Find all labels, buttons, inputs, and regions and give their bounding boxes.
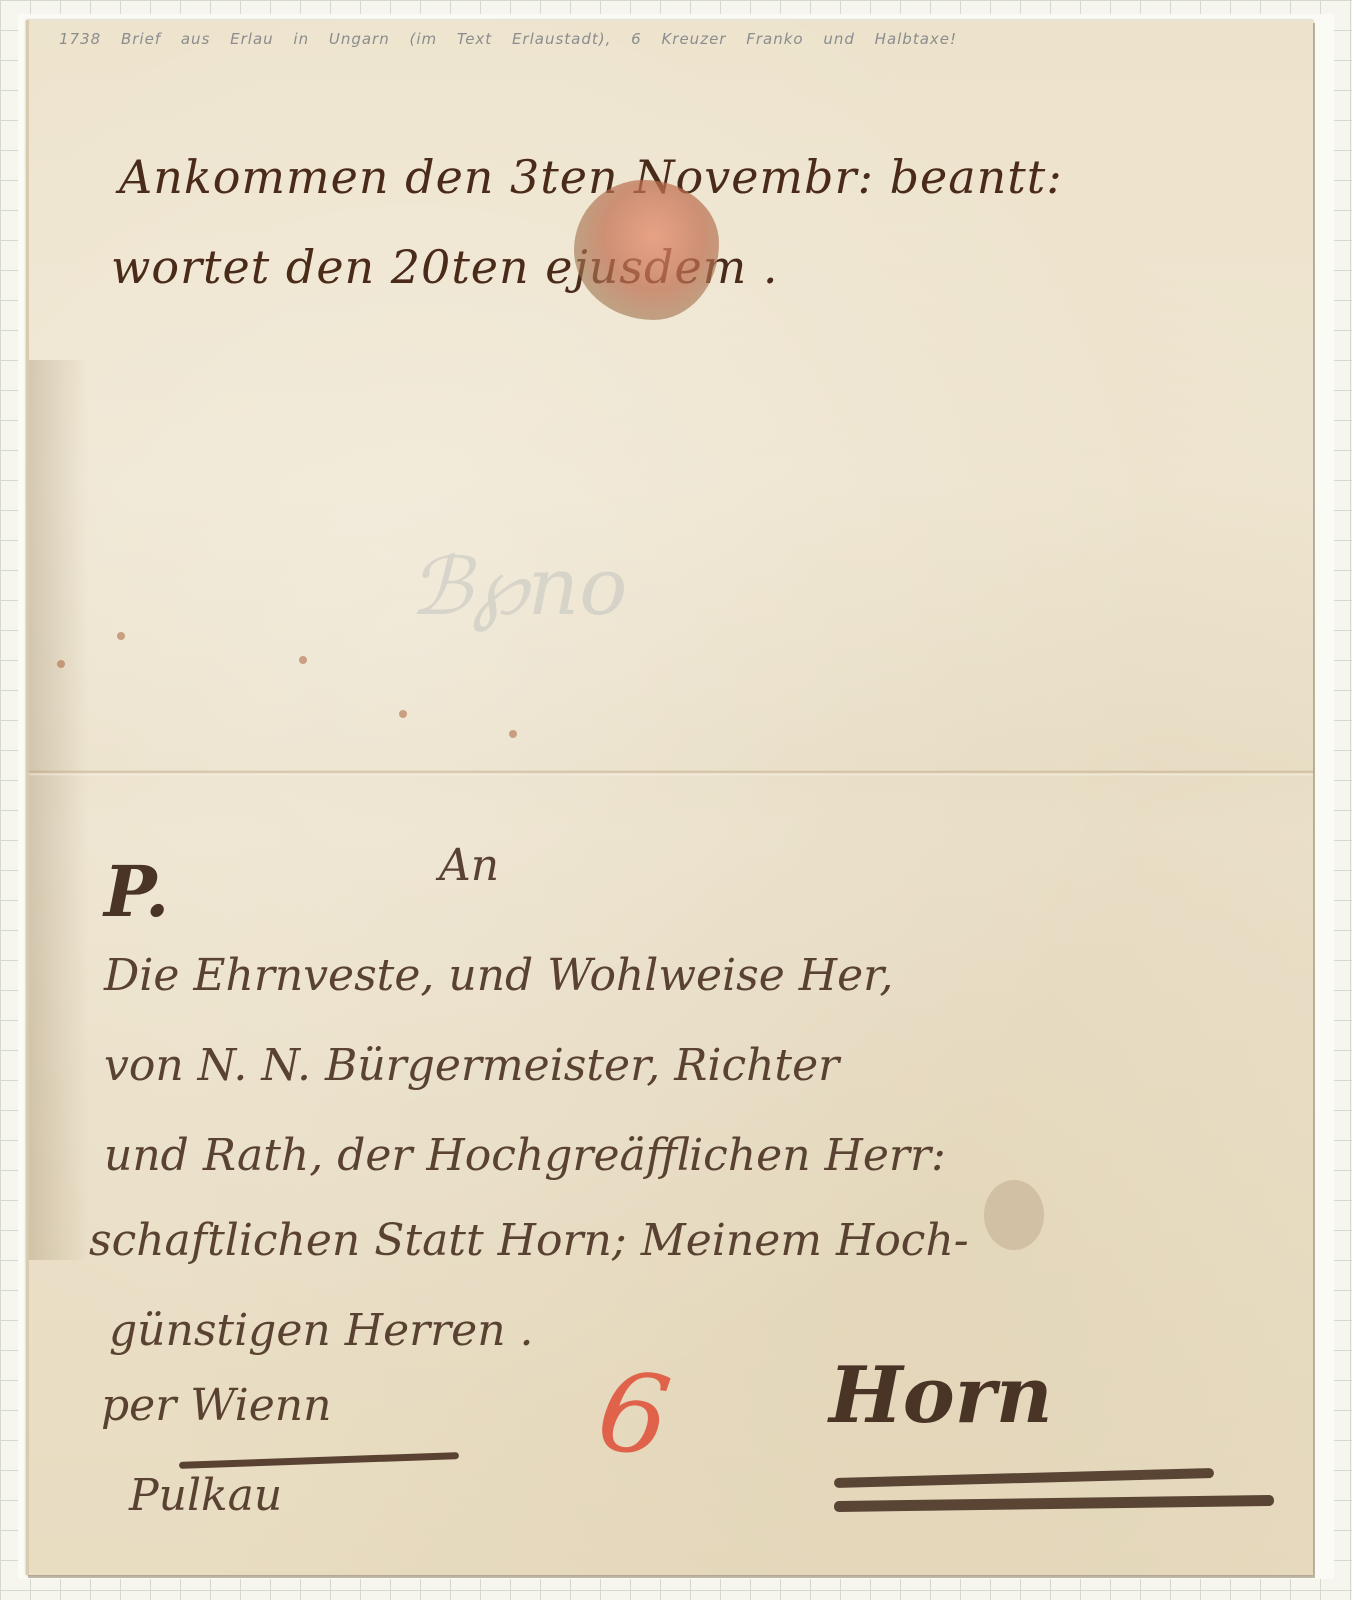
foxing-spot [509,730,517,738]
via-underline [179,1452,459,1469]
arrival-docket-line-1: Ankommen den 3ten Novembr: beantt: [119,150,1063,204]
address-salutation: An [439,840,499,891]
fold-line [29,770,1313,776]
foxing-spot [399,710,407,718]
origin-town: Pulkau [129,1470,282,1521]
destination-underline [834,1468,1214,1488]
letter-sheet: 1738 Brief aus Erlau in Ungarn (im Text … [26,20,1313,1575]
address-line: von N. N. Bürgermeister, Richter [104,1040,839,1091]
foxing-spot [299,656,307,664]
address-line: Die Ehrnveste, und Wohlweise Her, [104,950,893,1001]
foxing-spot [117,632,125,640]
wax-seal-remnant [574,180,719,320]
bleed-through-writing: ℬ℘no [409,540,627,633]
postage-rate-mark: 6 [590,1346,677,1482]
destination-town: Horn [829,1350,1053,1441]
foxing-spot [57,660,65,668]
address-line: und Rath, der Hochgreäfflichen Herr: [104,1130,946,1181]
address-monogram: P. [104,850,169,933]
address-line: günstigen Herren . [109,1305,534,1356]
archival-pencil-note: 1738 Brief aus Erlau in Ungarn (im Text … [59,30,957,48]
routing-via: per Wienn [101,1380,331,1431]
edge-stain [29,360,89,1260]
destination-underline [834,1495,1274,1512]
ink-stain [984,1180,1044,1250]
address-line: schaftlichen Statt Horn; Meinem Hoch- [89,1215,969,1266]
